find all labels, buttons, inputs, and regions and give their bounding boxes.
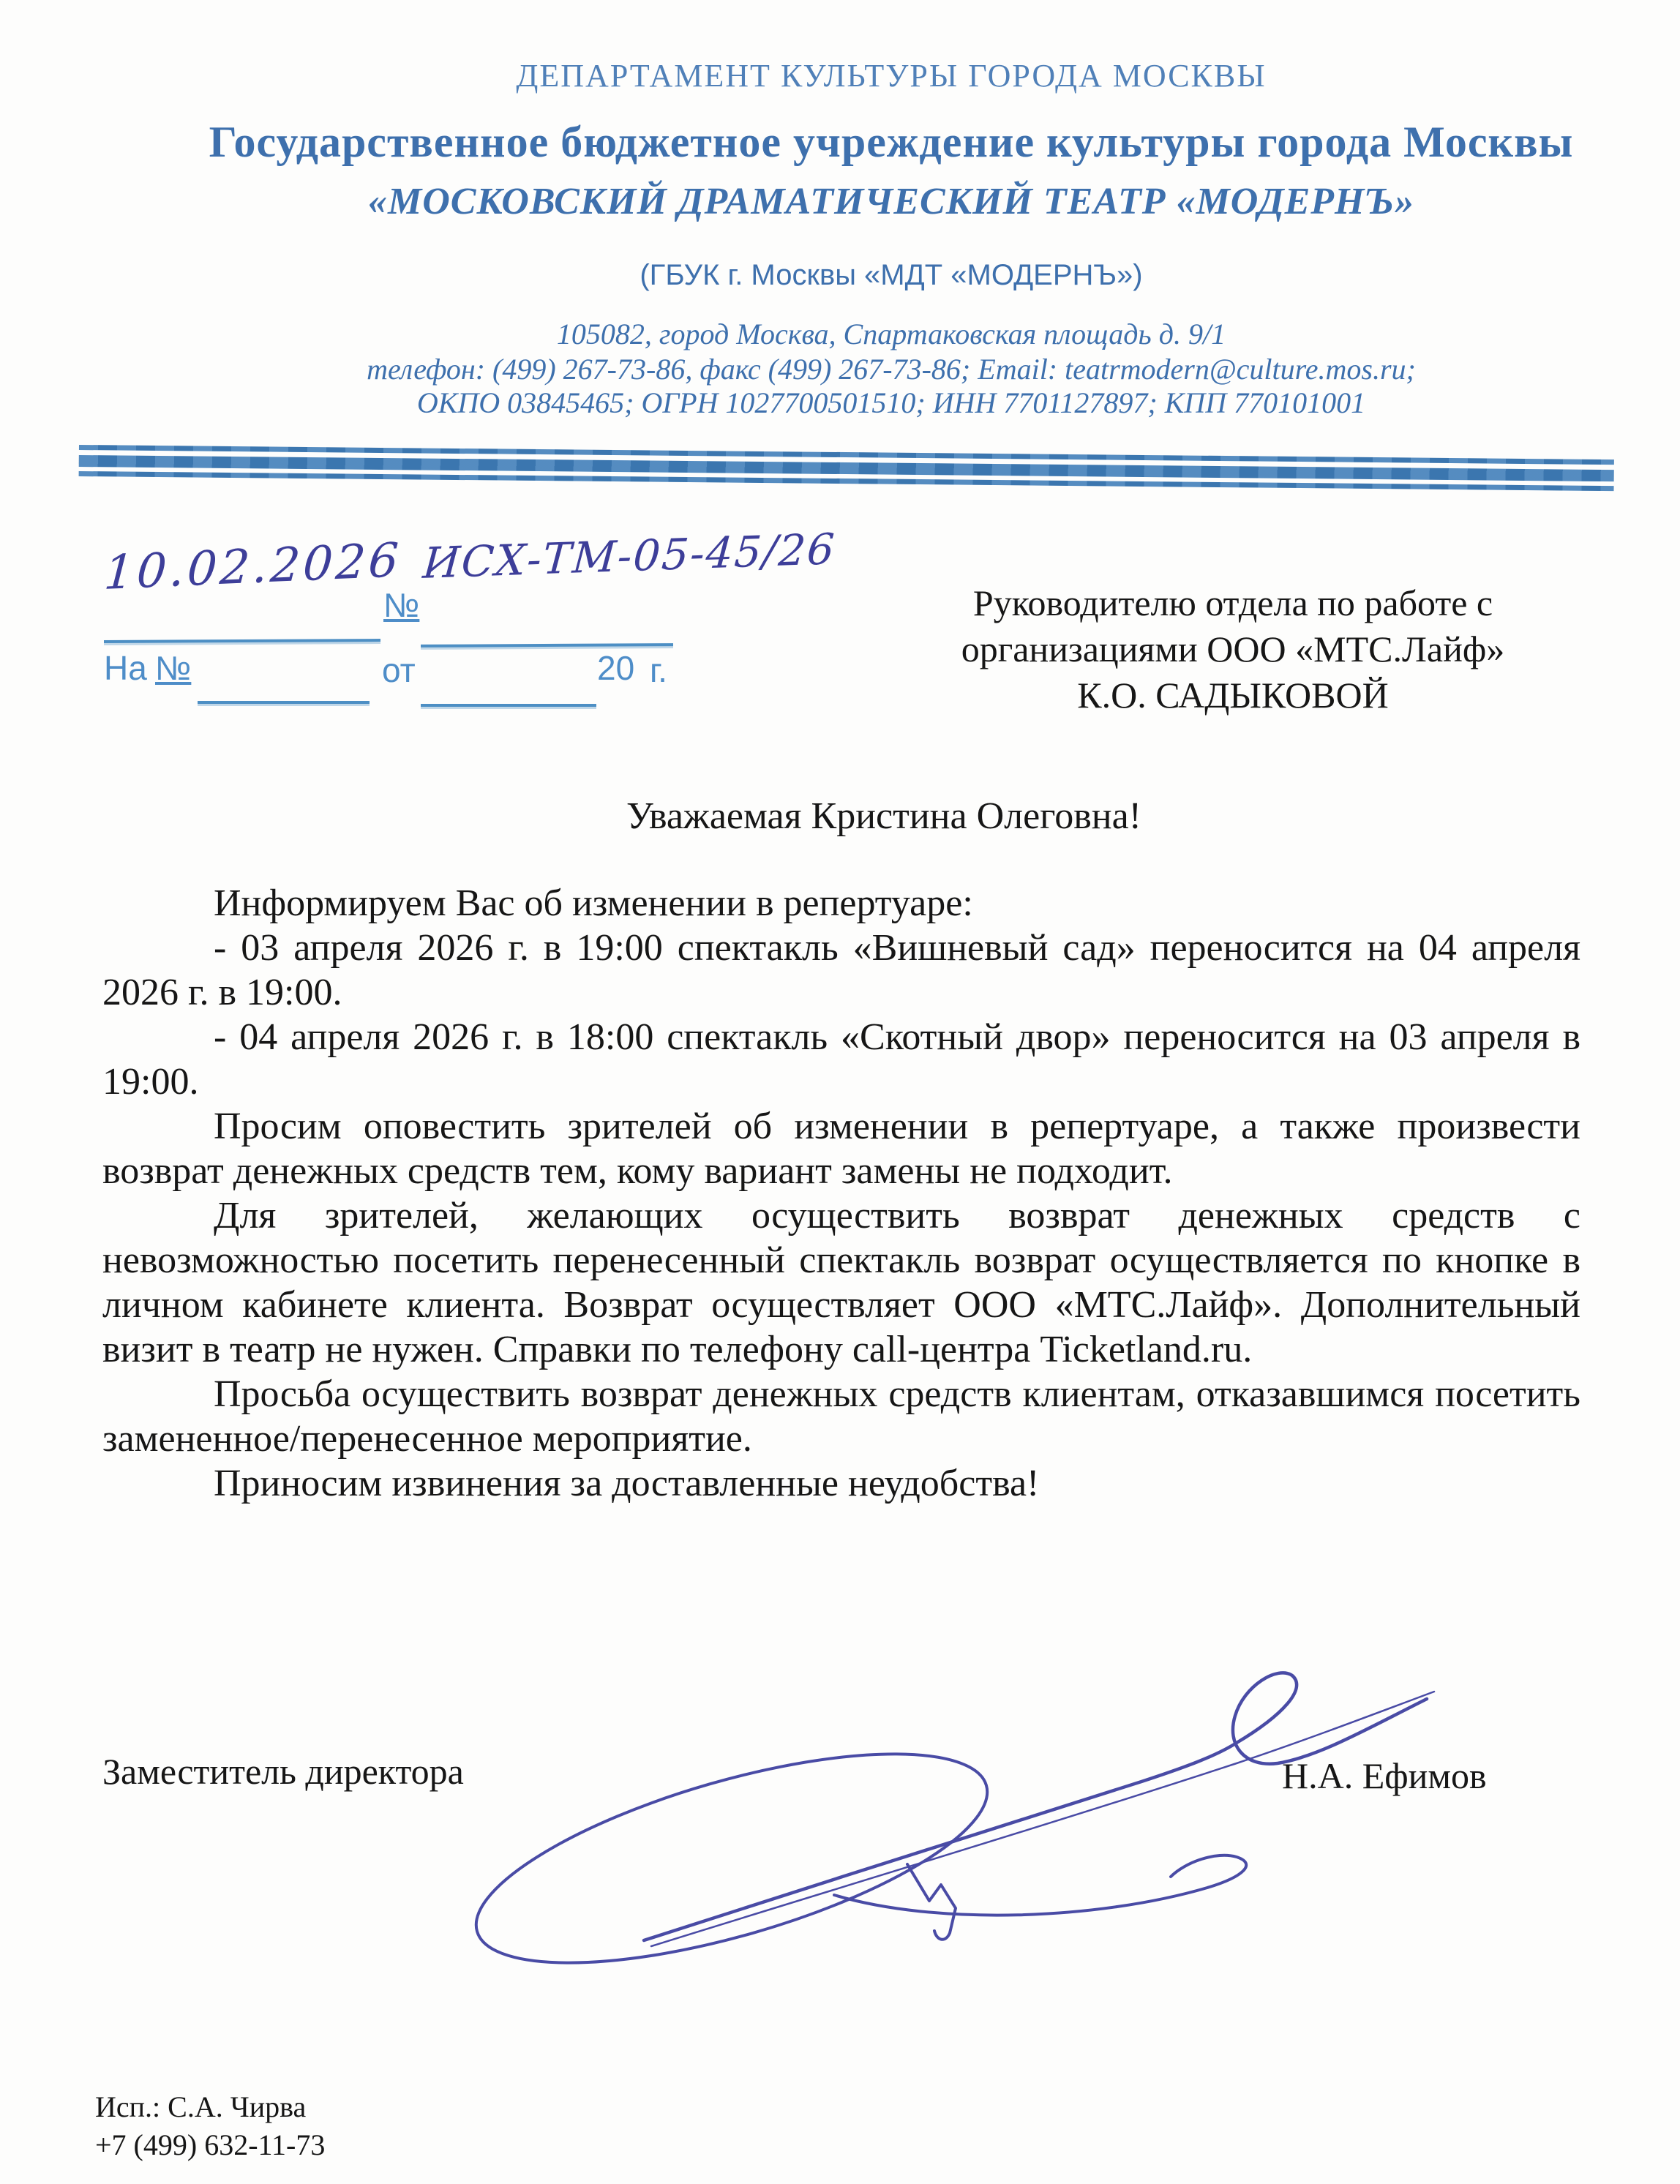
reply-year-suffix: г.	[650, 650, 667, 690]
addressee-position-line2: организациями ООО «МТС.Лайф»	[838, 626, 1628, 672]
department-title: ДЕПАРТАМЕНТ КУЛЬТУРЫ ГОРОДА МОСКВЫ	[51, 57, 1680, 94]
executor-name: Исп.: С.А. Чирва	[95, 2088, 325, 2126]
letterhead-divider	[79, 445, 1614, 491]
org-contacts: телефон: (499) 267-73-86, факс (499) 267…	[51, 353, 1680, 386]
body-paragraph-refund: Для зрителей, желающих осуществить возвр…	[102, 1193, 1580, 1372]
reply-ot-label: от	[382, 650, 416, 690]
executor-phone: +7 (499) 632-11-73	[95, 2126, 325, 2164]
theater-name: «МОСКОВСКИЙ ДРАМАТИЧЕСКИЙ ТЕАТР «МОДЕРНЪ…	[51, 180, 1680, 223]
body-paragraph-intro: Информируем Вас об изменении в репертуар…	[102, 881, 1580, 926]
signer-name: Н.А. Ефимов	[1282, 1755, 1487, 1797]
number-sign-label: №	[383, 585, 419, 625]
handwritten-signature	[395, 1646, 1463, 1997]
org-codes: ОКПО 03845465; ОГРН 1027700501510; ИНН 7…	[51, 386, 1680, 420]
organization-name: Государственное бюджетное учреждение кул…	[51, 117, 1680, 168]
reply-year-prefix: 20	[597, 648, 634, 688]
org-short-name: (ГБУК г. Москвы «МДТ «МОДЕРНЪ»)	[51, 259, 1680, 292]
executor-block: Исп.: С.А. Чирва +7 (499) 632-11-73	[95, 2088, 325, 2164]
handwritten-outgoing-number: ИСХ-ТМ-05-45/26	[421, 524, 838, 588]
letter-body: Информируем Вас об изменении в репертуар…	[102, 881, 1580, 1506]
org-address: 105082, город Москва, Спартаковская площ…	[51, 318, 1680, 351]
letter-page: ДЕПАРТАМЕНТ КУЛЬТУРЫ ГОРОДА МОСКВЫ Госуд…	[0, 0, 1680, 2184]
handwritten-date: 10.02.2026	[102, 533, 403, 601]
body-paragraph-request: Просьба осуществить возврат денежных сре…	[102, 1372, 1580, 1461]
number-blank-underline	[421, 643, 673, 648]
body-paragraph-change-2: - 04 апреля 2026 г. в 18:00 спектакль «С…	[102, 1015, 1580, 1104]
body-paragraph-notify: Просим оповестить зрителей об изменении …	[102, 1104, 1580, 1193]
addressee-position-line1: Руководителю отдела по работе с	[838, 580, 1628, 626]
body-paragraph-apology: Приносим извинения за доставленные неудо…	[102, 1461, 1580, 1506]
salutation: Уважаемая Кристина Олеговна!	[626, 795, 1141, 838]
date-blank-underline	[104, 639, 380, 643]
reply-date-blank-underline	[421, 704, 596, 707]
addressee-block: Руководителю отдела по работе с организа…	[838, 580, 1628, 718]
reply-number-blank-underline	[198, 701, 370, 704]
reply-number-sign: №	[155, 648, 191, 688]
reply-na-label: На	[104, 648, 147, 688]
addressee-name: К.О. САДЫКОВОЙ	[838, 672, 1628, 718]
body-paragraph-change-1: - 03 апреля 2026 г. в 19:00 спектакль «В…	[102, 926, 1580, 1015]
